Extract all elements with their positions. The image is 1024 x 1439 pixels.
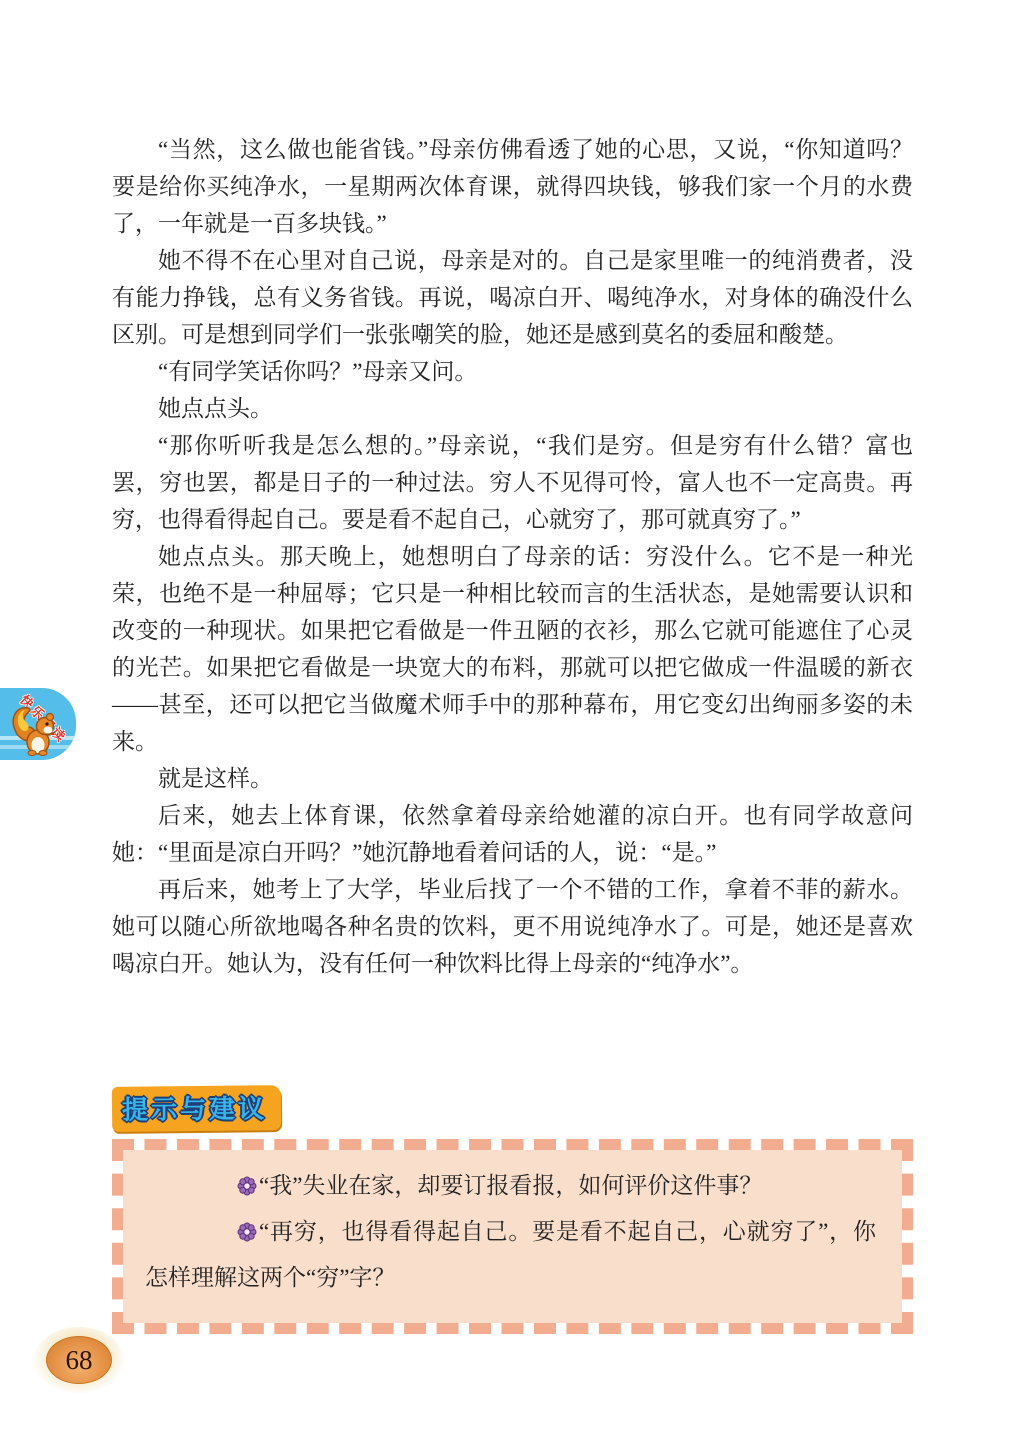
side-tab-reading: 快乐阅读 bbox=[0, 688, 76, 760]
flower-bullet-icon bbox=[191, 1213, 257, 1256]
story-paragraph: 她点点头。 bbox=[112, 390, 913, 427]
story-text: “当然，这么做也能省钱。”母亲仿佛看透了她的心思，又说，“你知道吗？要是给你买纯… bbox=[112, 131, 913, 982]
story-paragraph: “有同学笑话你吗？”母亲又问。 bbox=[112, 353, 913, 390]
tips-question-text: “我”失业在家，却要订报看报，如何评价这件事？ bbox=[259, 1173, 762, 1198]
tips-question: “我”失业在家，却要订报看报，如何评价这件事？ bbox=[145, 1164, 876, 1210]
tips-box: “我”失业在家，却要订报看报，如何评价这件事？ “再穷，也得看得起自己。要是看不… bbox=[112, 1139, 913, 1334]
flower-bullet-icon bbox=[191, 1167, 257, 1210]
story-paragraph: 再后来，她考上了大学，毕业后找了一个不错的工作，拿着不菲的薪水。她可以随心所欲地… bbox=[112, 871, 913, 982]
story-paragraph: 她点点头。那天晚上，她想明白了母亲的话：穷没什么。它不是一种光荣，也绝不是一种屈… bbox=[112, 538, 913, 760]
story-paragraph: “当然，这么做也能省钱。”母亲仿佛看透了她的心思，又说，“你知道吗？要是给你买纯… bbox=[112, 131, 913, 242]
story-paragraph: 后来，她去上体育课，依然拿着母亲给她灌的凉白开。也有同学故意问她：“里面是凉白开… bbox=[112, 797, 913, 871]
story-paragraph: 就是这样。 bbox=[112, 760, 913, 797]
page-number: 68 bbox=[66, 1345, 93, 1376]
story-paragraph: “那你听听我是怎么想的。”母亲说，“我们是穷。但是穷有什么错？富也罢，穷也罢，都… bbox=[112, 427, 913, 538]
tips-header-banner: 提示与建议 bbox=[112, 1085, 281, 1132]
story-paragraph: 她不得不在心里对自己说，母亲是对的。自己是家里唯一的纯消费者，没有能力挣钱，总有… bbox=[112, 242, 913, 353]
page-number-badge: 68 bbox=[34, 1327, 124, 1393]
squirrel-icon bbox=[8, 702, 60, 756]
textbook-page: “当然，这么做也能省钱。”母亲仿佛看透了她的心思，又说，“你知道吗？要是给你买纯… bbox=[0, 0, 1024, 1439]
tips-question: “再穷，也得看得起自己。要是看不起自己，心就穷了”，你怎样理解这两个“穷”字？ bbox=[145, 1210, 876, 1299]
page-number-oval: 68 bbox=[46, 1336, 112, 1384]
tips-header-title: 提示与建议 bbox=[122, 1093, 267, 1125]
